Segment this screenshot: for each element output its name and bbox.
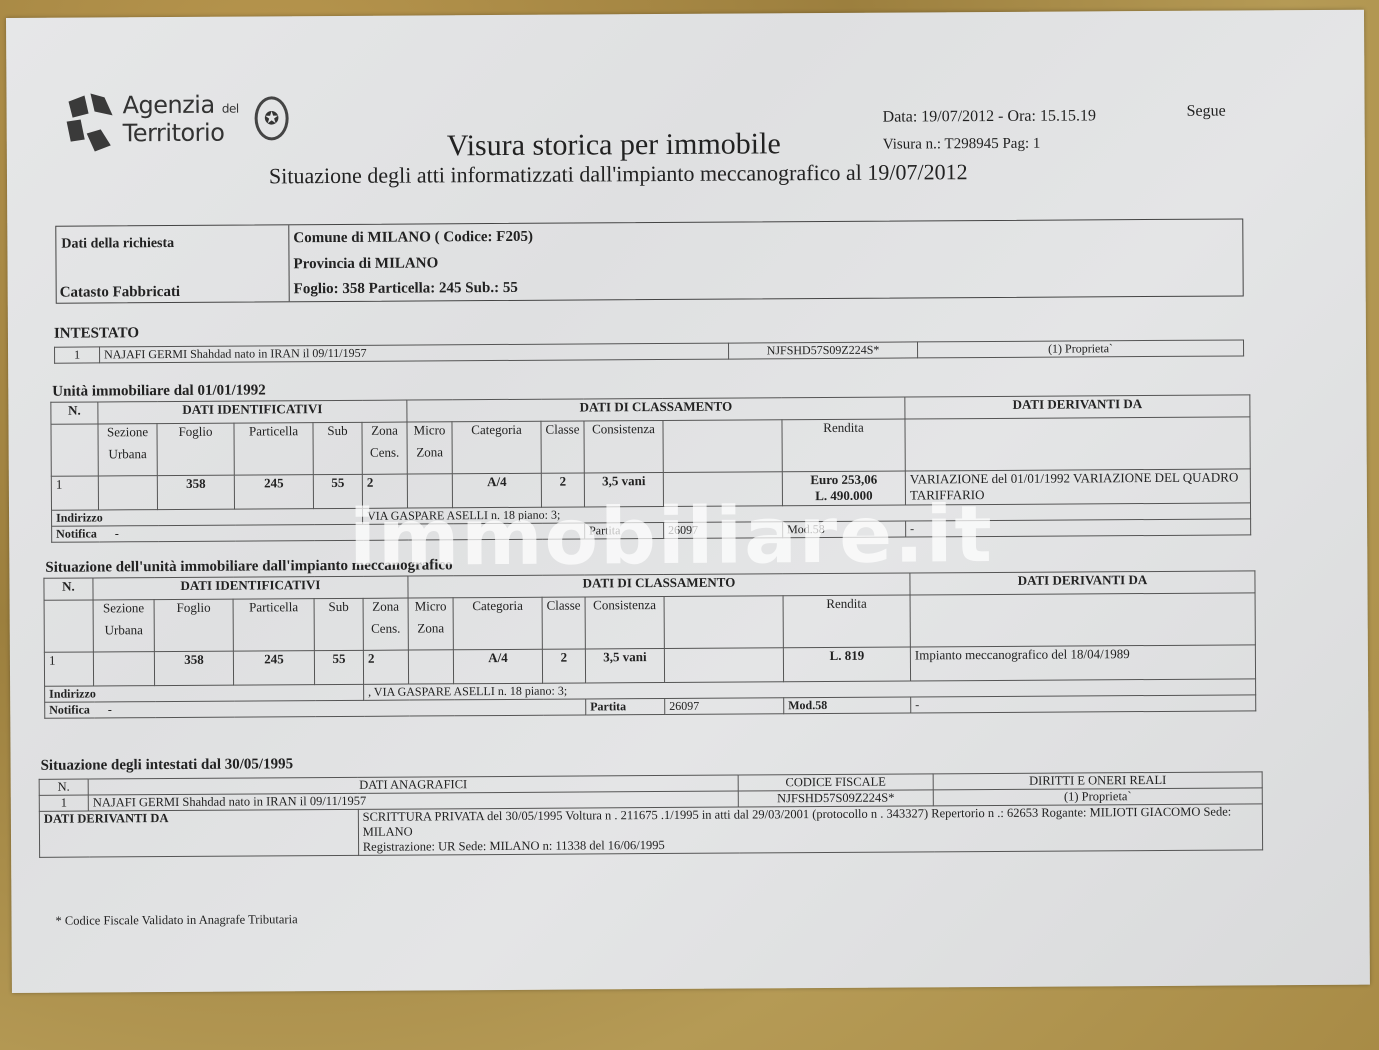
label-partita: Partita: [586, 698, 665, 714]
page-title: Visura storica per immobile: [447, 127, 781, 163]
unita-meccanografico-table: N. DATI IDENTIFICATIVI DATI DI CLASSAMEN…: [43, 570, 1256, 718]
cell-consistenza: 3,5 vani: [585, 648, 664, 682]
page-subtitle: Situazione degli atti informatizzati dal…: [269, 159, 968, 189]
cell-foglio: 358: [154, 651, 233, 685]
document-sheet: Agenzia del Territorio ✪ Data: 19/07/201…: [6, 10, 1370, 993]
label-indirizzo: Indirizzo: [52, 508, 363, 526]
header-particella: Particella: [233, 599, 314, 651]
header-sezione: SezioneUrbana: [98, 424, 157, 476]
label-mod58: Mod.58: [783, 521, 906, 538]
header-dati-identificativi: DATI IDENTIFICATIVI: [93, 576, 408, 600]
header-n: N.: [44, 578, 93, 600]
agency-logo: Agenzia del Territorio ✪: [64, 88, 304, 159]
cell-categoria: A/4: [452, 473, 541, 508]
cell-classe: 2: [541, 473, 584, 507]
cell-consistenza: 3,5 vani: [584, 472, 663, 506]
header-categoria: Categoria: [453, 597, 542, 650]
cell-sub: 55: [313, 474, 362, 508]
cell-mod58: -: [906, 519, 1251, 537]
segue-label: Segue: [1187, 103, 1226, 121]
header-rendita: Rendita: [782, 419, 905, 472]
cell-micro: [407, 474, 452, 508]
table-row: 1 NAJAFI GERMI Shahdad nato in IRAN il 0…: [55, 340, 1244, 363]
agency-name-line2: Territorio: [123, 119, 225, 148]
header-zona: ZonaCens.: [363, 598, 408, 650]
header-zona: ZonaCens.: [362, 422, 407, 474]
cell-sezione: [93, 652, 154, 686]
visura-number: Visura n.: T298945 Pag: 1: [883, 136, 1041, 154]
cell-rendita: Euro 253,06L. 490.000: [782, 471, 905, 506]
republic-emblem-icon: ✪: [254, 96, 288, 140]
intestati-1995-title: Situazione degli intestati dal 30/05/199…: [41, 756, 294, 775]
label-notifica: Notifica -: [52, 523, 585, 542]
header-dati-classamento: DATI DI CLASSAMENTO: [408, 573, 910, 598]
header-foglio: Foglio: [154, 599, 233, 651]
table-row: SezioneUrbana Foglio Particella Sub Zona…: [51, 417, 1250, 476]
header-codice-fiscale: CODICE FISCALE: [738, 774, 933, 791]
header-consistenza: Consistenza: [584, 420, 663, 472]
header-dati-identificativi: DATI IDENTIFICATIVI: [98, 400, 407, 424]
cell-categoria: A/4: [453, 649, 542, 684]
cell-foglio: 358: [157, 475, 234, 509]
cell-partita: 26097: [665, 698, 784, 715]
agency-name-line1: Agenzia del: [122, 91, 238, 120]
header-micro: MicroZona: [408, 598, 453, 650]
unita-1992-table: N. DATI IDENTIFICATIVI DATI DI CLASSAMEN…: [50, 394, 1251, 542]
label-mod58: Mod.58: [784, 697, 911, 714]
header-dati-derivanti: DATI DERIVANTI DA: [910, 571, 1255, 595]
header-dati-classamento: DATI DI CLASSAMENTO: [407, 397, 905, 422]
label-indirizzo: Indirizzo: [45, 684, 364, 702]
header-sezione: SezioneUrbana: [93, 600, 154, 652]
intestato-title: INTESTATO: [54, 325, 139, 343]
header-rendita: Rendita: [783, 595, 910, 648]
cell-derivanti: Impianto meccanografico del 18/04/1989: [910, 645, 1255, 681]
intestato-n: 1: [55, 347, 100, 363]
comune-value: Comune di MILANO ( Codice: F205): [293, 229, 533, 247]
unita-1992-title: Unità immobiliare dal 01/01/1992: [52, 382, 266, 400]
provincia-value: Provincia di MILANO: [293, 255, 438, 273]
cell-mod58: -: [911, 695, 1256, 713]
agency-logo-mark-icon: [64, 93, 116, 151]
label-dati-derivanti: DATI DERIVANTI DA: [39, 809, 358, 857]
cell-sezione: [98, 476, 157, 510]
cell-derivanti: SCRITTURA PRIVATA del 30/05/1995 Voltura…: [358, 804, 1263, 856]
cell-particella: 245: [233, 651, 314, 685]
table-row: SezioneUrbana Foglio Particella Sub Zona…: [44, 593, 1255, 652]
cell-classe: 2: [542, 649, 585, 683]
header-particella: Particella: [234, 423, 313, 475]
header-categoria: Categoria: [452, 421, 541, 474]
intestato-diritti: (1) Proprieta`: [917, 340, 1243, 358]
intestato-codice: NJFSHD57S09Z224S*: [728, 342, 917, 359]
cell-sub: 55: [314, 650, 363, 684]
header-sub: Sub: [314, 598, 363, 650]
label-notifica: Notifica -: [45, 699, 586, 718]
cell-particella: 245: [234, 475, 313, 509]
cell-partita: 26097: [664, 522, 783, 539]
cell-codice: NJFSHD57S09Z224S*: [738, 790, 933, 807]
header-dati-derivanti: DATI DERIVANTI DA: [905, 395, 1250, 419]
cell-derivanti: VARIAZIONE del 01/01/1992 VARIAZIONE DEL…: [905, 469, 1250, 505]
print-date: Data: 19/07/2012 - Ora: 15.15.19: [883, 107, 1096, 126]
catasto-label: Catasto Fabbricati: [60, 284, 181, 302]
header-foglio: Foglio: [157, 423, 234, 475]
cell-zona: 2: [362, 474, 407, 508]
cell-n: 1: [44, 652, 93, 686]
foglio-value: Foglio: 358 Particella: 245 Sub.: 55: [294, 280, 518, 298]
unita-meccanografico-title: Situazione dell'unità immobiliare dall'i…: [45, 557, 452, 576]
table-row: DATI DERIVANTI DA SCRITTURA PRIVATA del …: [39, 804, 1262, 857]
header-classe: Classe: [542, 597, 585, 649]
cell-micro: [408, 650, 453, 684]
header-n: N.: [51, 402, 98, 424]
cell-zona: 2: [363, 650, 408, 684]
label-partita: Partita: [585, 522, 664, 538]
request-box: Dati della richiesta Catasto Fabbricati …: [55, 218, 1243, 303]
request-label: Dati della richiesta: [61, 236, 174, 253]
cell-n: 1: [51, 476, 98, 510]
header-classe: Classe: [541, 421, 584, 473]
header-sub: Sub: [313, 422, 362, 474]
footnote: * Codice Fiscale Validato in Anagrafe Tr…: [55, 912, 297, 928]
cell-rendita: L. 819: [783, 647, 910, 682]
intestati-1995-table: N. DATI ANAGRAFICI CODICE FISCALE DIRITT…: [39, 771, 1263, 857]
header-n: N.: [39, 779, 88, 795]
header-consistenza: Consistenza: [585, 596, 664, 648]
header-micro: MicroZona: [407, 422, 452, 474]
intestato-table: 1 NAJAFI GERMI Shahdad nato in IRAN il 0…: [54, 339, 1244, 363]
intestato-name: NAJAFI GERMI Shahdad nato in IRAN il 09/…: [100, 343, 729, 363]
cell-n: 1: [39, 795, 88, 811]
